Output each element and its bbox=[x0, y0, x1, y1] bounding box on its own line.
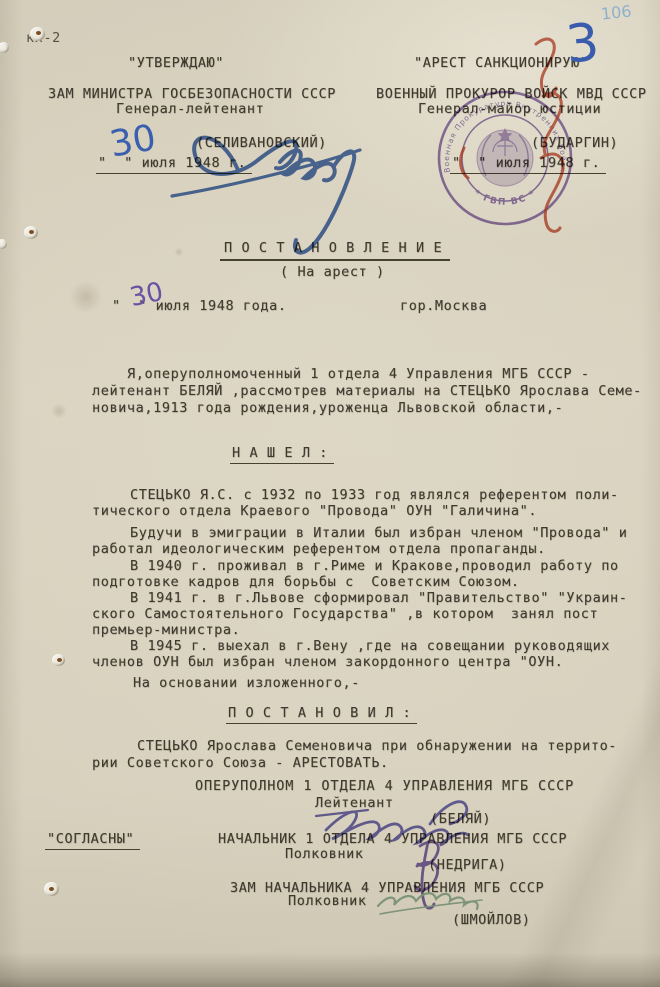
stamp-bottom-text: * ГВП ВС * bbox=[472, 188, 539, 208]
deputy-rank: Полковник bbox=[288, 893, 367, 909]
chief-title-line: НАЧАЛЬНИК 1 ОТДЕЛА 4 УПРАВЛЕНИЯ МГБ СССР bbox=[218, 831, 567, 847]
sanction-signatory-name: (БУДАРГИН) bbox=[531, 135, 618, 151]
approval-rank-line: Генерал-лейтенант bbox=[116, 101, 264, 117]
chief-name: (НЕДРИГА) bbox=[428, 857, 507, 873]
nashel-heading: Н А Ш Е Л : bbox=[230, 445, 334, 464]
fact-line: ского Самостоятельного Государства" ,в к… bbox=[92, 606, 598, 622]
sanction-label: "АРЕСТ САНКЦИОНИРУЮ" bbox=[414, 55, 589, 71]
paper-stain bbox=[50, 404, 68, 418]
officer-title-line: ОПЕРУПОЛНОМ 1 ОТДЕЛА 4 УПРАВЛЕНИЯ МГБ СС… bbox=[195, 778, 574, 794]
fact-line: работал идеологическим референтом отдела… bbox=[92, 541, 546, 557]
document-title: П О С Т А Н О В Л Е Н И Е bbox=[220, 240, 450, 261]
punch-hole-fleck bbox=[36, 31, 41, 35]
basis-line: На основании изложенного,- bbox=[133, 675, 360, 691]
approval-label: "УТВЕРЖДАЮ" bbox=[128, 55, 224, 71]
approval-position-line: ЗАМ МИНИСТРА ГОСБЕЗОПАСНОСТИ СССР bbox=[48, 86, 336, 102]
sanction-date-line: " " июля 1948 г. bbox=[450, 155, 606, 174]
fact-line: В 1941 г. в г.Львове сформировал "Правит… bbox=[130, 590, 627, 606]
resolution-line: рии Советского Союза - АРЕСТОВАТЬ. bbox=[92, 755, 389, 771]
postanovil-heading: П О С Т А Н О В И Л : bbox=[226, 705, 417, 724]
signature-shmoylov bbox=[378, 893, 482, 914]
punch-hole-fleck bbox=[57, 658, 62, 662]
main-handwritten-day: 30 bbox=[128, 279, 166, 311]
deputy-name: (ШМОЙЛОВ) bbox=[452, 912, 531, 928]
signature-nedriga bbox=[415, 842, 438, 908]
intro-line: Я,оперуполномоченный 1 отдела 4 Управлен… bbox=[127, 366, 590, 382]
svg-text:* ГВП ВС *: * ГВП ВС * bbox=[472, 188, 539, 208]
fact-line: подготовке кадров для борьбы с Советским… bbox=[92, 574, 520, 590]
document-subtitle: ( На арест ) bbox=[280, 264, 385, 280]
officer-rank: Лейтенант bbox=[315, 795, 394, 811]
deputy-title-line: ЗАМ НАЧАЛЬНИКА 4 УПРАВЛЕНИЯ МГБ СССР bbox=[230, 880, 544, 896]
paper-stain bbox=[68, 282, 104, 312]
paper-stain bbox=[174, 248, 184, 256]
resolution-line: СТЕЦЬКО Ярослава Семеновича при обнаруже… bbox=[137, 738, 617, 754]
scanned-arrest-warrant-page: кх-2 106 3 "УТВЕРЖДАЮ" ЗАМ МИНИСТРА ГОСБ… bbox=[0, 0, 660, 987]
city-label: гор.Москва bbox=[400, 298, 487, 314]
fact-line: премьер-министра. bbox=[92, 622, 240, 638]
punch-hole-fleck bbox=[49, 887, 54, 891]
approval-handwritten-day: 30 bbox=[107, 120, 158, 163]
sanction-rank-line: Генерал-майор юстиции bbox=[418, 101, 601, 117]
handwritten-numeral: 3 bbox=[564, 17, 601, 72]
fact-line: тического отдела Краевого "Провода" ОУН … bbox=[92, 503, 537, 519]
intro-line: новича,1913 года рождения,уроженца Львов… bbox=[92, 400, 563, 416]
punch-hole bbox=[0, 239, 7, 249]
fact-line: членов ОУН был избран членом закордонног… bbox=[92, 654, 563, 670]
fact-line: Будучи в эмиграции в Италии был избран ч… bbox=[130, 525, 627, 541]
approval-signatory-name: (СЕЛИВАНОВСКИЙ) bbox=[196, 135, 327, 151]
folio-number-pencil: 106 bbox=[600, 1, 632, 23]
sanction-position-line: ВОЕННЫЙ ПРОКУРОР ВОЙСК МВД СССР bbox=[376, 86, 647, 102]
intro-line: лейтенант БЕЛЯЙ ,рассмотрев материалы на… bbox=[92, 383, 642, 399]
fact-line: СТЕЦЬКО Я.С. с 1932 по 1933 год являлся … bbox=[130, 487, 619, 503]
chief-rank: Полковник bbox=[285, 846, 364, 862]
punch-hole-fleck bbox=[29, 230, 34, 234]
officer-name: (БЕЛЯЙ) bbox=[430, 811, 491, 827]
punch-hole bbox=[0, 42, 9, 53]
fact-line: В 1945 г. выехал в г.Вену ,где на совеща… bbox=[130, 638, 610, 654]
agreed-label: "СОГЛАСНЫ" bbox=[45, 831, 140, 850]
fact-line: В 1940 г. проживал в г.Риме и Кракове,пр… bbox=[130, 558, 619, 574]
